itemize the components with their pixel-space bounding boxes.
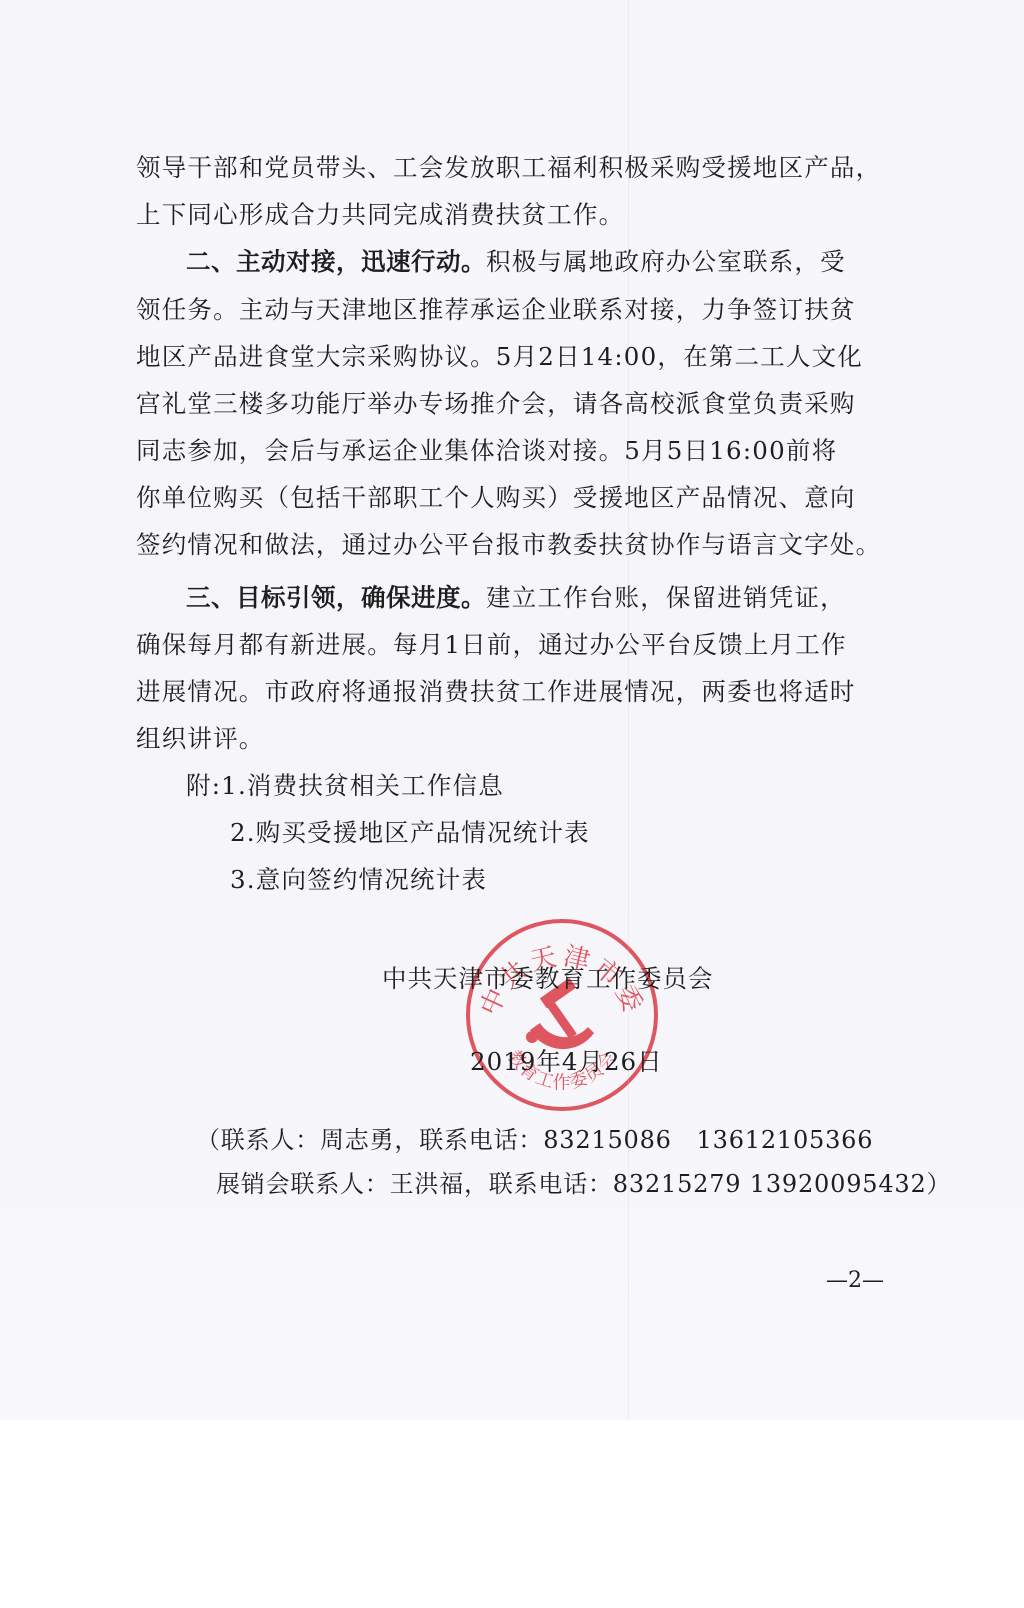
attachment-item-2: 2.购买受援地区产品情况统计表 — [230, 819, 590, 847]
page-number: —2— — [826, 1268, 884, 1293]
paragraph-line: 签约情况和做法，通过办公平台报市教委扶贫协作与语言文字处。 — [136, 531, 881, 559]
document-page: 领导干部和党员带头、工会发放职工福利积极采购受援地区产品， 上下同心形成合力共同… — [0, 0, 1024, 1420]
paragraph-line: 确保每月都有新进展。每月1日前，通过办公平台反馈上月工作 — [136, 631, 847, 659]
section-2-first-line: 二、主动对接，迅速行动。积极与属地政府办公室联系，受 — [186, 248, 846, 276]
signing-date: 2019年4月26日 — [470, 1043, 663, 1078]
attachment-item-1: 附:1.消费扶贫相关工作信息 — [186, 772, 504, 800]
attachment-item-3: 3.意向签约情况统计表 — [230, 866, 487, 894]
official-seal-icon: 中共天津市委 教育工作委员会 — [462, 915, 662, 1115]
section-3-heading: 三、目标引领，确保进度。 — [186, 583, 486, 612]
paragraph-line: 上下同心形成合力共同完成消费扶贫工作。 — [136, 201, 624, 229]
paragraph-line: 组织讲评。 — [136, 725, 265, 753]
contact-line-1: （联系人：周志勇，联系电话：83215086 13612105366 — [196, 1120, 873, 1155]
attachments-label: 附: — [186, 771, 221, 800]
paragraph-line: 宫礼堂三楼多功能厅举办专场推介会，请各高校派食堂负责采购 — [136, 390, 856, 418]
section-2-heading: 二、主动对接，迅速行动。 — [186, 247, 486, 276]
paragraph-line: 领导干部和党员带头、工会发放职工福利积极采购受援地区产品， — [136, 154, 881, 182]
section-3-text: 建立工作台账，保留进销凭证， — [486, 583, 846, 612]
paragraph-line: 领任务。主动与天津地区推荐承运企业联系对接，力争签订扶贫 — [136, 296, 856, 324]
section-2-text: 积极与属地政府办公室联系，受 — [486, 247, 846, 276]
paragraph-line: 你单位购买（包括干部职工个人购买）受援地区产品情况、意向 — [136, 484, 856, 512]
paragraph-line: 同志参加，会后与承运企业集体洽谈对接。5月5日16:00前将 — [136, 437, 837, 465]
contact-line-2: 展销会联系人：王洪福，联系电话：83215279 13920095432） — [216, 1164, 951, 1199]
paragraph-line: 进展情况。市政府将通报消费扶贫工作进展情况，两委也将适时 — [136, 678, 856, 706]
signing-organization: 中共天津市委教育工作委员会 — [382, 960, 714, 995]
paragraph-line: 地区产品进食堂大宗采购协议。5月2日14:00，在第二工人文化 — [136, 343, 863, 371]
section-3-first-line: 三、目标引领，确保进度。建立工作台账，保留进销凭证， — [186, 584, 846, 612]
